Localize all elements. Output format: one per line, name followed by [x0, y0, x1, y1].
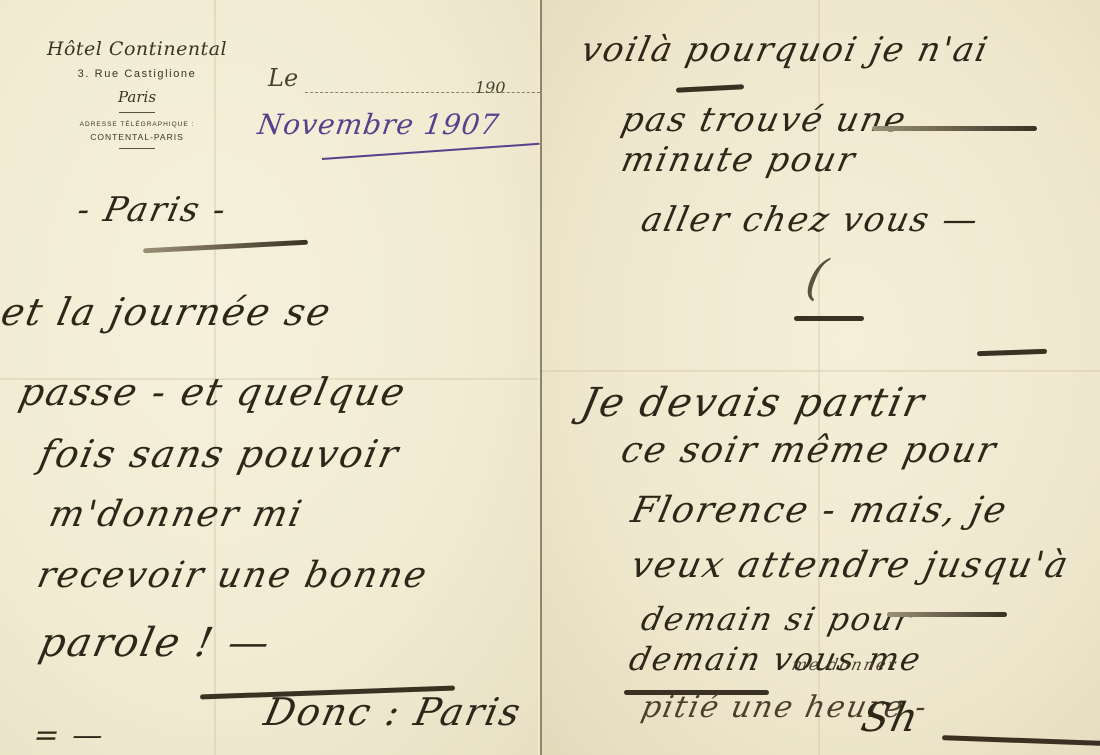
emphasis-underline [872, 126, 1037, 131]
text-line: ( [801, 250, 834, 306]
text-line: parole ! — [35, 620, 275, 666]
heading-underline [143, 240, 308, 254]
handwritten-date: Novembre 1907 [256, 108, 502, 141]
text-line: recevoir une bonne [34, 555, 432, 596]
text-line: fois sans pouvoir [35, 432, 404, 476]
telegraph-label: ADRESSE TÉLÉGRAPHIQUE : [22, 121, 252, 128]
letter-page-right: voilà pourquoi je n'ai pas trouvé une mi… [540, 0, 1100, 755]
text-line: ce soir même pour [618, 430, 1001, 471]
signature: Sh [857, 695, 924, 741]
emphasis-underline [887, 612, 1007, 617]
strike-stroke [676, 84, 744, 93]
hotel-letterhead: Hôtel Continental 3. Rue Castiglione Par… [22, 38, 252, 155]
date-rule [305, 92, 545, 93]
text-line: m'donner mi [46, 494, 307, 535]
text-line: aller chez vous — [638, 200, 983, 240]
hotel-name: Hôtel Continental [22, 38, 252, 60]
text-line: = — [30, 718, 108, 753]
section-divider [794, 316, 864, 321]
paper-fold [542, 370, 1100, 372]
inserted-text: me donner [790, 655, 899, 674]
text-line: Je devais partir [577, 380, 930, 426]
heading-paris: - Paris - [74, 190, 231, 230]
text-line: voilà pourquoi je n'ai [578, 30, 993, 70]
hotel-street: 3. Rue Castiglione [22, 68, 252, 80]
text-line: passe - et quelque [15, 370, 410, 414]
date-underline [322, 143, 540, 160]
printed-year: 190 [475, 78, 506, 97]
signature-flourish [942, 735, 1100, 746]
divider [119, 112, 155, 113]
date-prefix: Le [268, 64, 298, 92]
t-bar-stroke [977, 349, 1047, 356]
text-line: et la journée se [0, 290, 336, 334]
hotel-city: Paris [22, 88, 252, 106]
text-line: pas trouvé une [618, 100, 911, 140]
letter-page-left: Hôtel Continental 3. Rue Castiglione Par… [0, 0, 538, 755]
text-line: Florence - mais, je [628, 490, 1012, 531]
text-line: minute pour [618, 140, 860, 180]
text-line: Donc : Paris [260, 690, 526, 734]
text-line: demain si pour [638, 600, 916, 638]
telegraph-address: CONTENTAL-PARIS [22, 132, 252, 142]
text-line: veux attendre jusqu'à [628, 545, 1074, 586]
divider [119, 148, 155, 149]
